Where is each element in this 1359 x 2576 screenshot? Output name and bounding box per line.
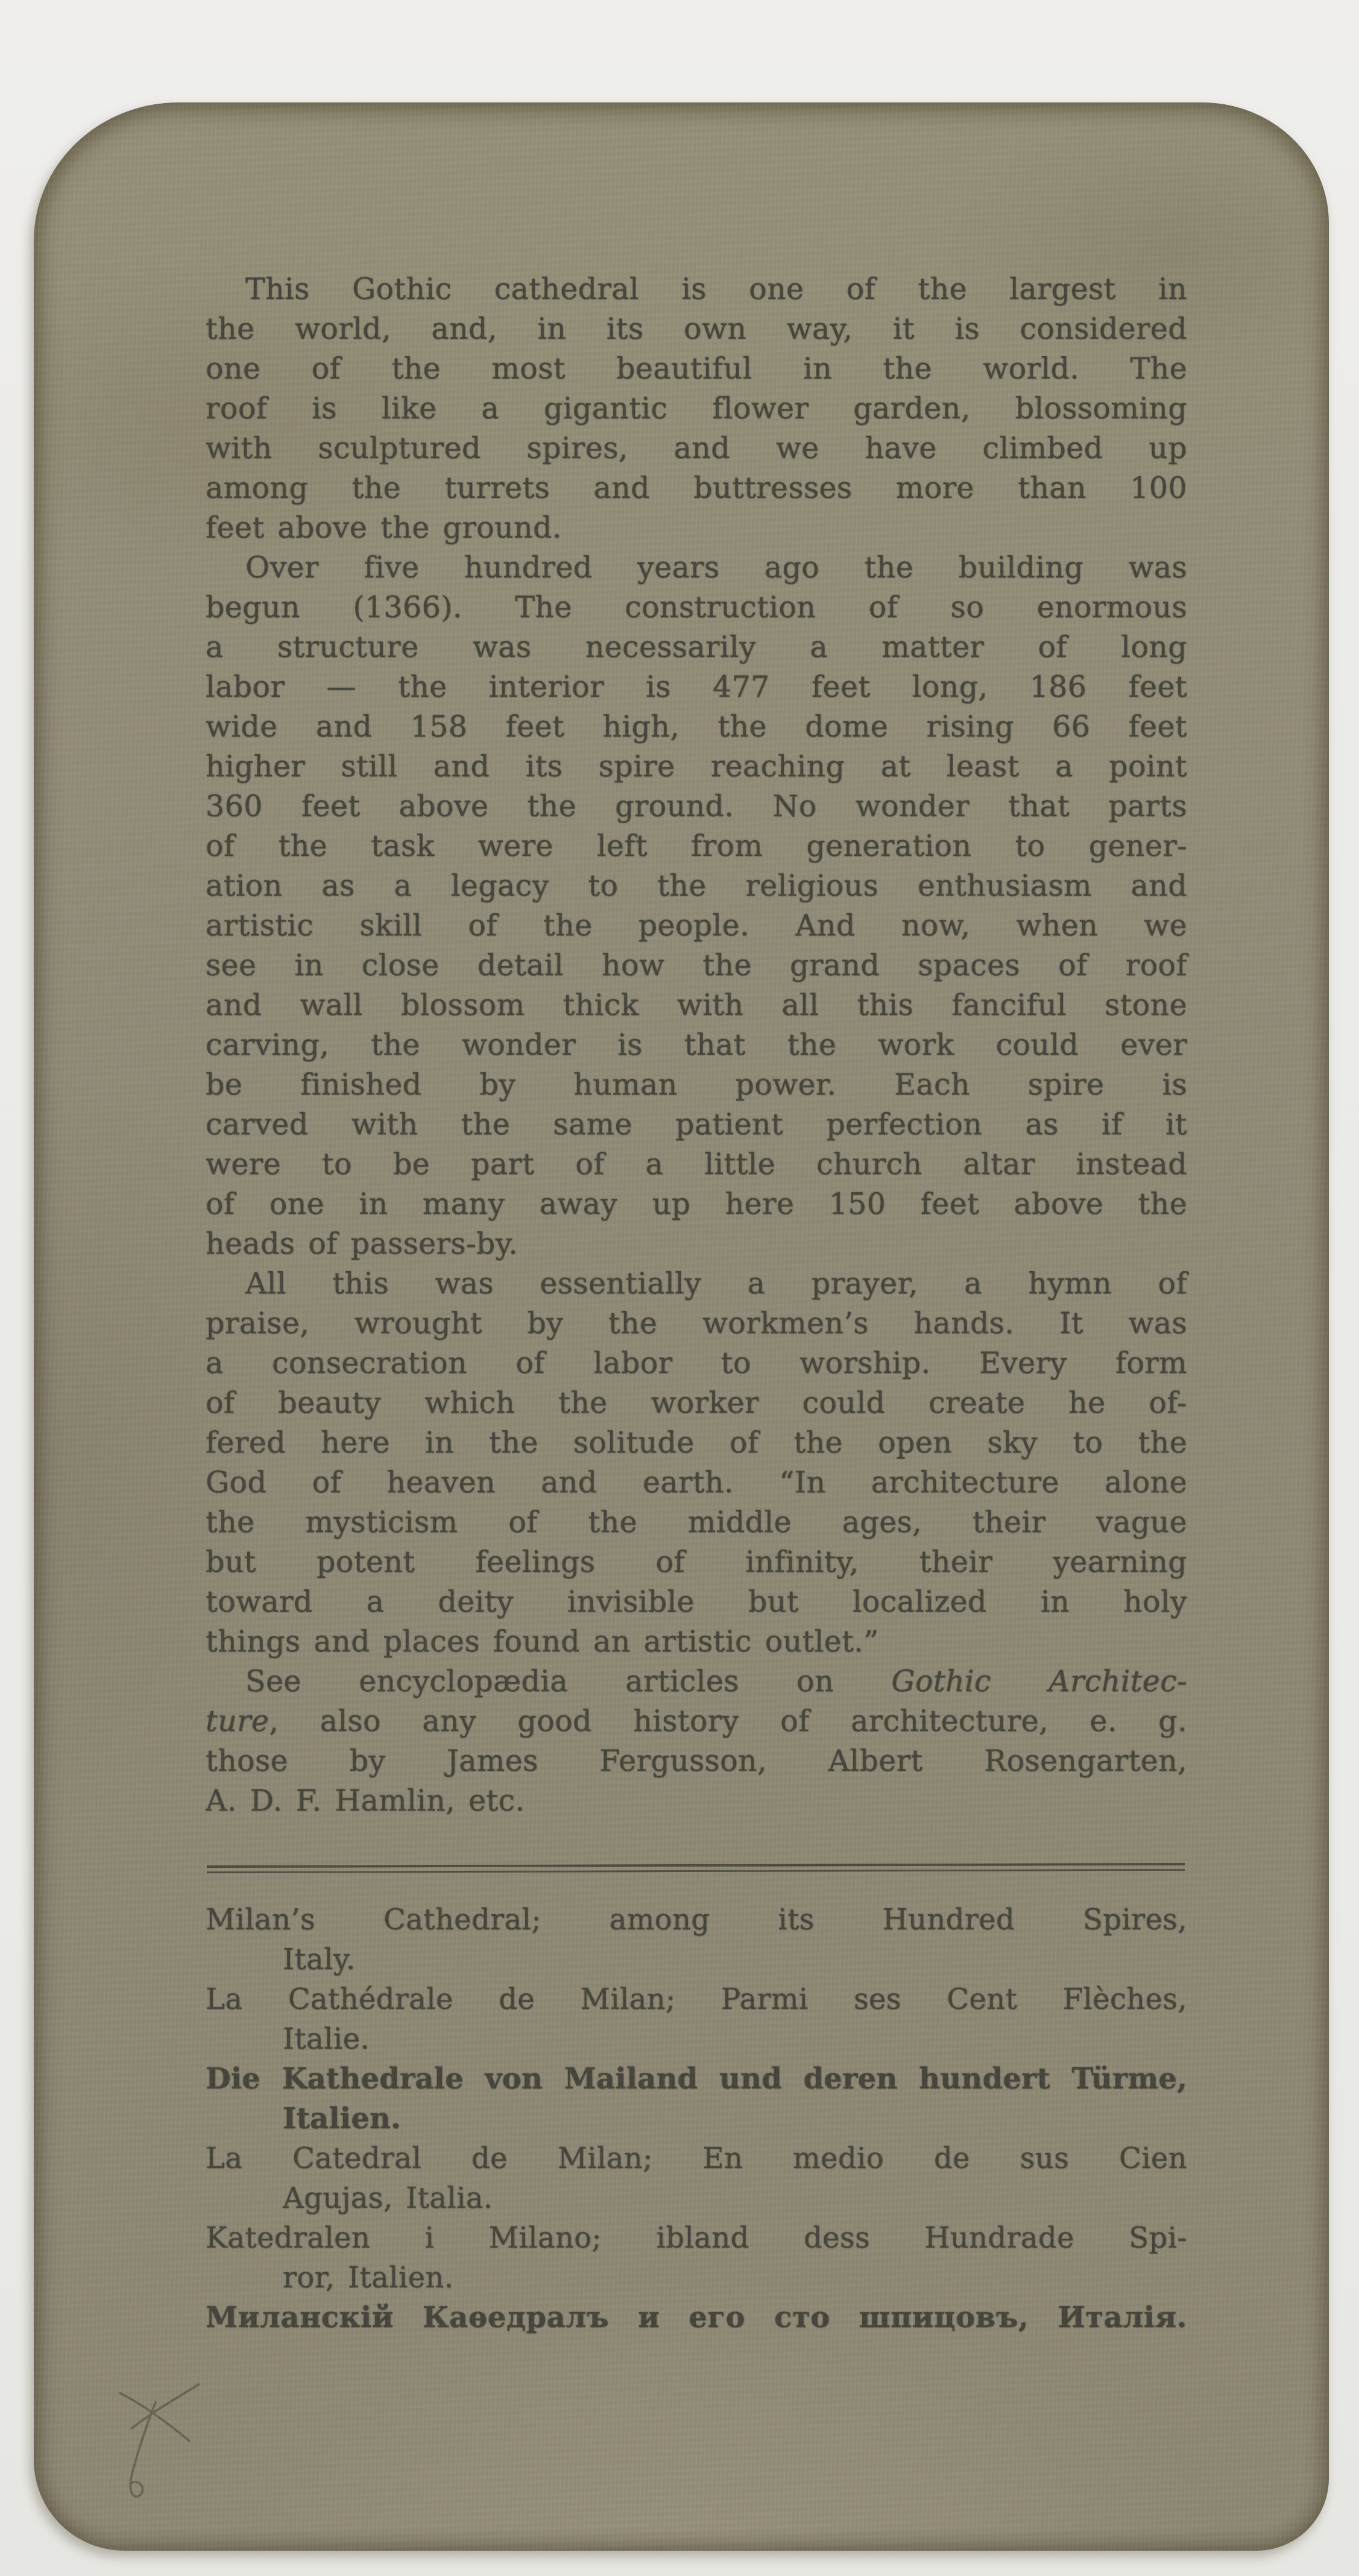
text-line: ture, also any good history of architect… [206,1701,1187,1741]
caption-russian-line: Миланскій Каѳедралъ и его сто шпицовъ, И… [206,2298,1187,2337]
text-line: All this was essentially a prayer, a hym… [206,1264,1187,1304]
text-line: of one in many away up here 150 feet abo… [206,1184,1187,1224]
caption-german-line1: Die Kathedrale von Mailand und deren hun… [206,2059,1187,2099]
scan-background: { "colors": { "scan_background": "#eaeae… [0,0,1359,2576]
caption-swedish-line1: Katedralen i Milano; ibland dess Hundrad… [206,2218,1187,2258]
text-line: a consecration of labor to worship. Ever… [206,1343,1187,1383]
italic-title-segment: Gothic Architec- [891,1664,1187,1698]
printed-text-block: This Gothic cathedral is one of the larg… [206,269,1187,2337]
text-line: with sculptured spires, and we have clim… [206,429,1187,468]
pencil-scribble [102,2370,210,2503]
caption-french-line2: Italie. [206,2019,1187,2059]
text-line: higher still and its spire reaching at l… [206,747,1187,787]
text-line: of the task were left from generation to… [206,826,1187,866]
caption-spanish-line2: Agujas, Italia. [206,2178,1187,2218]
text-line: roof is like a gigantic flower garden, b… [206,389,1187,429]
text-line: Over five hundred years ago the building… [206,548,1187,588]
double-rule-divider [207,1863,1185,1873]
text-line: were to be part of a little church altar… [206,1145,1187,1184]
text-line: ation as a legacy to the religious enthu… [206,866,1187,906]
text-line: and wall blossom thick with all this fan… [206,985,1187,1025]
text-line: 360 feet above the ground. No wonder tha… [206,787,1187,826]
text-line: one of the most beautiful in the world. … [206,349,1187,389]
text-line: feet above the ground. [206,508,1187,548]
caption-english-line2: Italy. [206,1940,1187,1979]
text-line: see in close detail how the grand spaces… [206,946,1187,985]
caption-english-line1: Milan’s Cathedral; among its Hundred Spi… [206,1900,1187,1940]
text-line: a structure was necessarily a matter of … [206,627,1187,667]
caption-german-line2: Italien. [206,2099,1187,2138]
caption-french-line1: La Cathédrale de Milan; Parmi ses Cent F… [206,1979,1187,2019]
italic-title-segment: ture [206,1704,269,1738]
caption-list: Milan’s Cathedral; among its Hundred Spi… [206,1900,1187,2337]
text-line: the world, and, in its own way, it is co… [206,309,1187,349]
text-line: See encyclopædia articles on Gothic Arch… [206,1662,1187,1701]
text-line: be finished by human power. Each spire i… [206,1065,1187,1105]
caption-spanish-line1: La Catedral de Milan; En medio de sus Ci… [206,2138,1187,2178]
text-line: of beauty which the worker could create … [206,1383,1187,1423]
text-line: carving, the wonder is that the work cou… [206,1025,1187,1065]
text-line: fered here in the solitude of the open s… [206,1423,1187,1463]
text-line: toward a deity invisible but localized i… [206,1582,1187,1622]
stereoview-card-back: This Gothic cathedral is one of the larg… [34,102,1329,2551]
text-line: This Gothic cathedral is one of the larg… [206,269,1187,309]
text-line: wide and 158 feet high, the dome rising … [206,707,1187,747]
text-segment: See encyclopædia articles on [245,1664,891,1698]
caption-swedish-line2: ror, Italien. [206,2258,1187,2298]
text-line: heads of passers-by. [206,1224,1187,1264]
text-line: among the turrets and buttresses more th… [206,468,1187,508]
text-line: A. D. F. Hamlin, etc. [206,1781,1187,1821]
text-line: but potent feelings of infinity, their y… [206,1542,1187,1582]
text-line: labor — the interior is 477 feet long, 1… [206,667,1187,707]
text-segment: , also any good history of architecture,… [269,1704,1187,1738]
text-line: those by James Fergusson, Albert Rosenga… [206,1741,1187,1781]
text-line: things and places found an artistic outl… [206,1622,1187,1662]
text-line: artistic skill of the people. And now, w… [206,906,1187,946]
text-line: begun (1366). The construction of so eno… [206,588,1187,627]
text-line: God of heaven and earth. “In architectur… [206,1463,1187,1503]
text-line: praise, wrought by the workmen’s hands. … [206,1304,1187,1343]
text-line: carved with the same patient perfection … [206,1105,1187,1145]
text-line: the mysticism of the middle ages, their … [206,1503,1187,1542]
